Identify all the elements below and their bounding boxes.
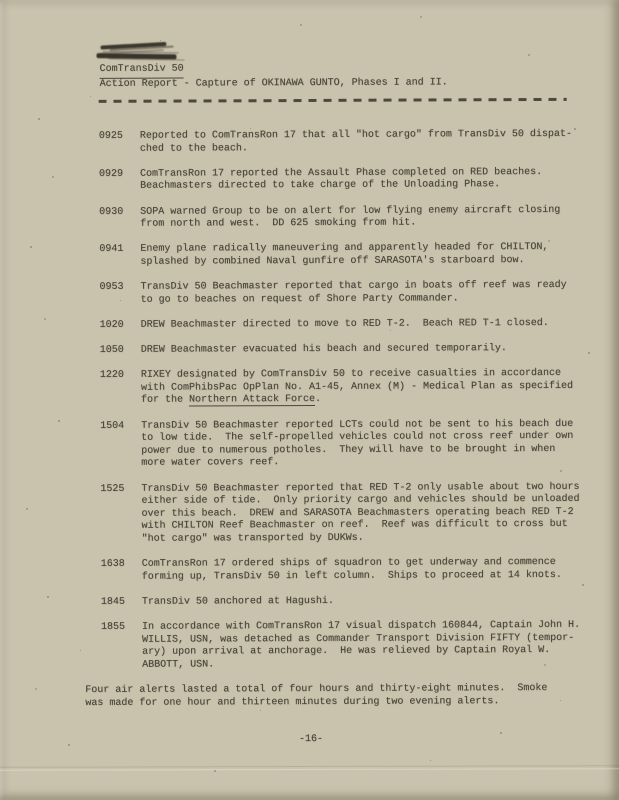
entry-time: 0929 — [99, 169, 127, 194]
entry-time: 0930 — [99, 206, 127, 231]
entry-text: TransDiv 50 Beachmaster reported that ca… — [140, 280, 566, 307]
dashed-separator — [99, 98, 567, 103]
log-entry: 1638ComTransRon 17 ordered ships of squa… — [101, 557, 591, 584]
document-content: ComTransDiv 50 Action Report - Capture o… — [0, 0, 619, 800]
entry-time: 1525 — [100, 483, 128, 546]
entry-text: TransDiv 50 anchored at Hagushi. — [142, 596, 334, 609]
entry-text: ComTransRon 17 ordered ships of squadron… — [142, 557, 562, 584]
entry-time: 1638 — [101, 559, 129, 584]
closing-paragraph: Four air alerts lasted a total of four h… — [85, 683, 547, 710]
log-entry: 0953TransDiv 50 Beachmaster reported tha… — [99, 280, 589, 307]
obliterated-stamp — [96, 42, 178, 64]
entry-time: 1855 — [101, 622, 129, 672]
entry-text: In accordance with ComTransRon 17 visual… — [142, 620, 580, 672]
entry-text: TransDiv 50 Beachmaster reported that RE… — [141, 481, 579, 546]
closing-line: was made for one hour and thirteen minut… — [85, 696, 547, 711]
entry-time: 0941 — [99, 244, 127, 269]
smudge-stroke — [100, 42, 166, 50]
underlined-text: Northern Attack Force — [189, 394, 315, 407]
entry-time: 0953 — [99, 282, 127, 307]
entry-text: DREW Beachmaster directed to move to RED… — [141, 318, 549, 332]
entry-time: 1504 — [100, 420, 128, 470]
log-entry: 1504TransDiv 50 Beachmaster reported LCT… — [100, 418, 590, 471]
log-entry: 1020DREW Beachmaster directed to move to… — [100, 318, 590, 333]
log-entry: 0925Reported to ComTransRon 17 that all … — [99, 129, 589, 156]
page-number: -16- — [1, 733, 619, 748]
entry-text: DREW Beachmaster evacuated his beach and… — [141, 343, 507, 357]
log-entry: 1855In accordance with ComTransRon 17 vi… — [101, 620, 591, 673]
report-unit: ComTransDiv 50 — [100, 64, 184, 79]
log-entry: 1050DREW Beachmaster evacuated his beach… — [100, 343, 590, 358]
log-entry: 1845TransDiv 50 anchored at Hagushi. — [101, 595, 591, 610]
log-entry: 0930SOPA warned Group to be on alert for… — [99, 204, 589, 231]
scanned-page: ComTransDiv 50 Action Report - Capture o… — [0, 0, 619, 800]
log-entry: 0929ComTransRon 17 reported the Assault … — [99, 167, 589, 194]
entry-time: 1020 — [100, 320, 128, 333]
entry-time: 1050 — [100, 345, 128, 358]
log-entry: 0941Enemy plane radically maneuvering an… — [99, 242, 589, 269]
entry-text: TransDiv 50 Beachmaster reported LCTs co… — [141, 419, 573, 471]
entry-text: Enemy plane radically maneuvering and ap… — [140, 242, 548, 269]
log-entry: 1525TransDiv 50 Beachmaster reported tha… — [100, 481, 590, 546]
entry-text: SOPA warned Group to be on alert for low… — [140, 204, 560, 231]
log-entry: 1220RIXEY designated by ComTransDiv 50 t… — [100, 368, 590, 408]
smudge-stroke — [96, 53, 176, 59]
log-entries: 0925Reported to ComTransRon 17 that all … — [99, 129, 591, 685]
report-title: Action Report - Capture of OKINAWA GUNTO… — [100, 77, 448, 91]
entry-text: RIXEY designated by ComTransDiv 50 to re… — [141, 368, 573, 408]
entry-text: Reported to ComTransRon 17 that all "hot… — [140, 129, 572, 156]
entry-time: 0925 — [99, 131, 127, 156]
entry-time: 1220 — [100, 370, 128, 408]
entry-text: ComTransRon 17 reported the Assault Phas… — [140, 167, 542, 194]
entry-time: 1845 — [101, 597, 129, 610]
